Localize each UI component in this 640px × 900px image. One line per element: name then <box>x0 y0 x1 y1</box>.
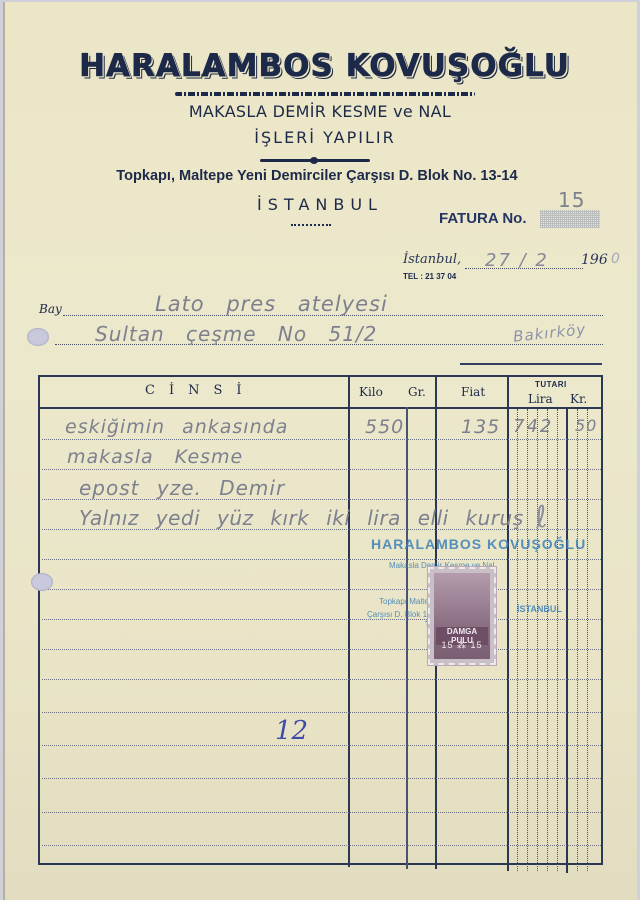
row-line <box>42 619 601 620</box>
date-city-label: İstanbul, <box>403 252 461 267</box>
header-lira: Lira <box>528 392 553 406</box>
date-year-printed: 196 <box>581 252 608 268</box>
row-1-kr: 50 <box>575 416 597 435</box>
customer-district: Bakırköy <box>512 320 587 346</box>
services-line-1: MAKASLA DEMİR KESME ve NAL <box>125 102 515 121</box>
lira-subcolumn <box>547 409 548 871</box>
column-divider-tutari <box>507 375 509 871</box>
column-divider-kr <box>566 407 568 873</box>
company-stamp-city: İSTANBUL <box>517 604 562 614</box>
company-name: HARALAMBOS KOVUŞOĞLU <box>67 48 582 84</box>
date-handwritten: 27 / 2 <box>485 250 549 271</box>
row-line <box>42 812 601 813</box>
column-divider-kilo <box>348 375 350 867</box>
header-gr: Gr. <box>408 385 426 399</box>
kr-subcolumn <box>587 409 588 871</box>
row-line <box>42 712 601 713</box>
row-line <box>42 778 601 779</box>
lira-subcolumn <box>517 409 518 871</box>
company-address: Topkapı, Maltepe Yeni Demirciler Çarşısı… <box>89 167 545 184</box>
revenue-stamp-design: DAMGA PULU 15 ⁂ 15 <box>434 573 490 659</box>
company-stamp-name: HARALAMBOS KOVUŞOĞLU <box>371 536 586 552</box>
beaded-divider <box>175 92 475 96</box>
invoice-paper: HARALAMBOS KOVUŞOĞLU MAKASLA DEMİR KESME… <box>3 2 637 900</box>
customer-name: Lato pres atelyesi <box>155 292 388 316</box>
row-4-description: Yalnız yedi yüz kırk iki lira elli kuruş <box>79 506 524 530</box>
revenue-stamp-value: 15 ⁂ 15 <box>436 640 488 651</box>
row-line <box>42 589 601 590</box>
header-cinsi: CİNSİ <box>145 383 256 398</box>
customer-address: Sultan çeşme No 51/2 <box>95 322 377 346</box>
row-1-lira: 742 <box>513 416 553 437</box>
date-year-handwritten: 0 <box>611 251 620 267</box>
row-1-fiat: 135 <box>461 416 500 438</box>
punch-hole-bottom <box>31 573 53 591</box>
row-line <box>42 439 601 440</box>
revenue-stamp: DAMGA PULU 15 ⁂ 15 <box>428 567 496 665</box>
header-kilo: Kilo <box>359 385 383 399</box>
ink-mark: 12 <box>275 716 308 746</box>
customer-label: Bay <box>39 302 62 316</box>
row-1-description: eskiğimin ankasında <box>65 416 288 438</box>
row-line <box>42 649 601 650</box>
kr-subcolumn <box>577 409 578 871</box>
row-line <box>42 845 601 846</box>
row-line <box>42 559 601 560</box>
lira-subcolumn <box>557 409 558 871</box>
row-line <box>42 469 601 470</box>
ornament-divider <box>260 159 370 162</box>
header-fiat: Fiat <box>461 385 485 399</box>
services-line-2: İŞLERİ YAPILIR <box>185 128 465 147</box>
invoice-number-label: FATURA No. <box>439 210 527 227</box>
invoice-number-box <box>540 210 600 228</box>
invoice-number: 15 <box>558 188 585 212</box>
row-line <box>42 679 601 680</box>
customer-underline <box>460 363 602 365</box>
lira-subcolumn <box>527 409 528 871</box>
telephone: TEL : 21 37 04 <box>403 272 456 281</box>
row-line <box>42 745 601 746</box>
row-1-kilo: 550 <box>365 416 404 438</box>
column-divider-gr <box>406 407 408 869</box>
squiggle-divider <box>291 222 331 226</box>
punch-hole-top <box>27 328 49 346</box>
row-3-description: epost yze. Demir <box>79 476 285 500</box>
header-tutari: TUTARI <box>535 380 567 389</box>
header-kr: Kr. <box>570 392 587 406</box>
row-2-description: makasla Kesme <box>67 446 243 468</box>
lira-subcolumn <box>537 409 538 871</box>
company-city: İSTANBUL <box>245 195 395 214</box>
